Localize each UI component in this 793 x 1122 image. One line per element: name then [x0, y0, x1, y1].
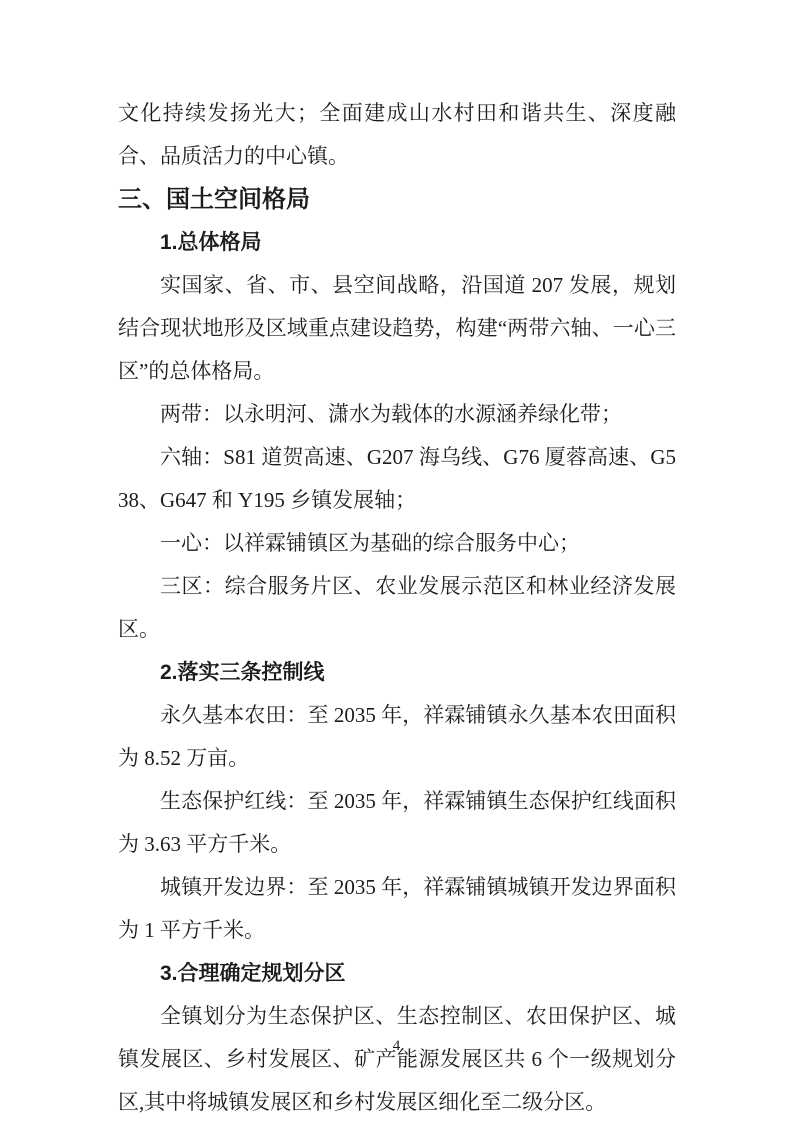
- body-paragraph: 三区：综合服务片区、农业发展示范区和林业经济发展区。: [118, 565, 676, 651]
- body-paragraph: 全镇划分为生态保护区、生态控制区、农田保护区、城镇发展区、乡村发展区、矿产能源发…: [118, 995, 676, 1122]
- body-paragraph: 两带：以永明河、潇水为载体的水源涵养绿化带；: [118, 393, 676, 436]
- body-paragraph: 一心：以祥霖铺镇区为基础的综合服务中心；: [118, 522, 676, 565]
- section-heading: 2.落实三条控制线: [118, 651, 676, 694]
- section-heading: 3.合理确定规划分区: [118, 952, 676, 995]
- body-paragraph: 永久基本农田：至 2035 年，祥霖铺镇永久基本农田面积为 8.52 万亩。: [118, 694, 676, 780]
- page-footer: 4: [0, 1036, 793, 1056]
- document-content: 文化持续发扬光大；全面建成山水村田和谐共生、深度融合、品质活力的中心镇。三、国土…: [118, 92, 676, 1122]
- document-page: 文化持续发扬光大；全面建成山水村田和谐共生、深度融合、品质活力的中心镇。三、国土…: [0, 0, 793, 1122]
- body-paragraph: 六轴：S81 道贺高速、G207 海乌线、G76 厦蓉高速、G538、G647 …: [118, 436, 676, 522]
- section-heading: 三、国土空间格局: [118, 178, 676, 221]
- body-paragraph: 生态保护红线：至 2035 年，祥霖铺镇生态保护红线面积为 3.63 平方千米。: [118, 780, 676, 866]
- body-paragraph: 实国家、省、市、县空间战略，沿国道 207 发展，规划结合现状地形及区域重点建设…: [118, 264, 676, 393]
- section-heading: 1.总体格局: [118, 221, 676, 264]
- body-paragraph: 文化持续发扬光大；全面建成山水村田和谐共生、深度融合、品质活力的中心镇。: [118, 92, 676, 178]
- body-paragraph: 城镇开发边界：至 2035 年，祥霖铺镇城镇开发边界面积为 1 平方千米。: [118, 866, 676, 952]
- page-number: 4: [393, 1038, 401, 1054]
